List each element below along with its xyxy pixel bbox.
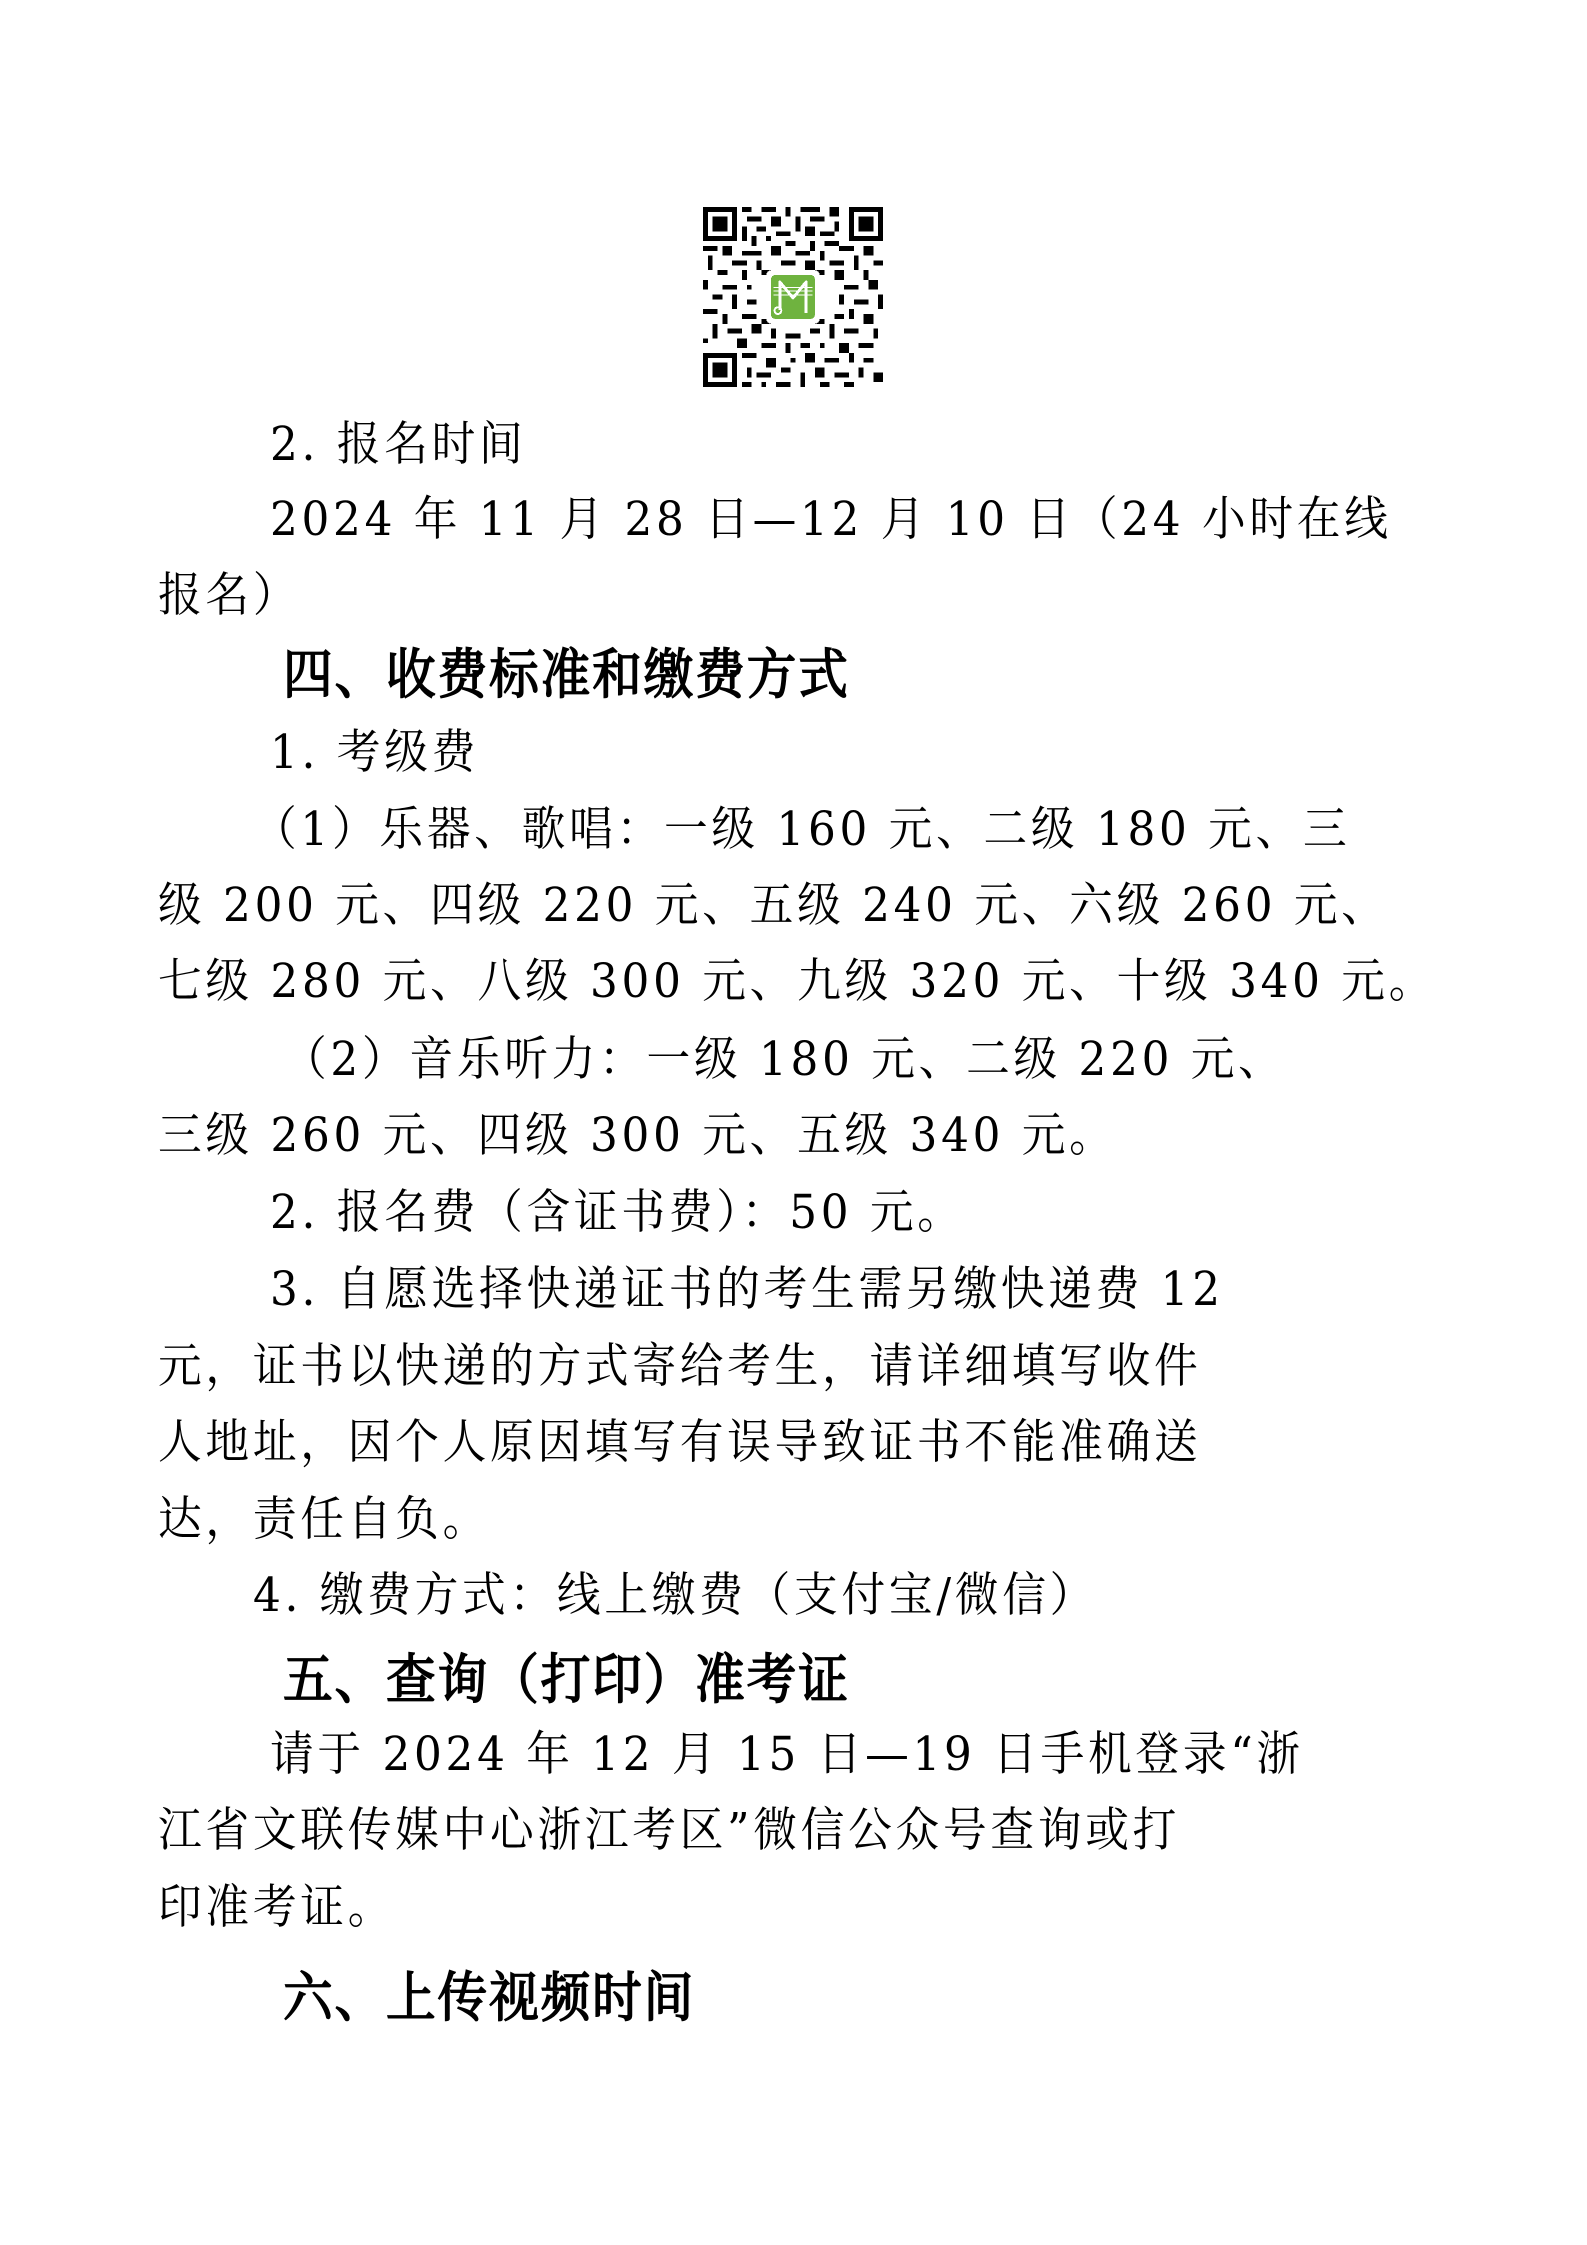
payment-method: 4. 缴费方式：线上缴费（支付宝/微信） bbox=[253, 1566, 1443, 1626]
express-fee-line-3: 人地址，因个人原因填写有误导致证书不能准确送 bbox=[158, 1413, 1348, 1473]
instrument-vocal-fee-line-2: 级 200 元、四级 220 元、五级 240 元、六级 260 元、 bbox=[158, 876, 1348, 936]
qr-code-icon bbox=[703, 207, 883, 387]
section-4-heading: 四、收费标准和缴费方式 bbox=[283, 642, 850, 708]
express-fee-line-1: 3. 自愿选择快递证书的考生需另缴快递费 12 bbox=[270, 1260, 1460, 1320]
instrument-vocal-fee-line-1: （1）乐器、歌唱：一级 160 元、二级 180 元、三 bbox=[253, 800, 1443, 860]
instrument-vocal-fee-line-3: 七级 280 元、八级 300 元、九级 320 元、十级 340 元。 bbox=[158, 952, 1348, 1012]
express-fee-line-2: 元，证书以快递的方式寄给考生，请详细填写收件 bbox=[158, 1337, 1348, 1397]
registration-time-label: 2. 报名时间 bbox=[270, 415, 1460, 475]
registration-time-line-1: 2024 年 11 月 28 日—12 月 10 日（24 小时在线 bbox=[270, 490, 1460, 550]
admission-ticket-line-1: 请于 2024 年 12 月 15 日—19 日手机登录“浙 bbox=[270, 1725, 1460, 1785]
section-5-heading: 五、查询（打印）准考证 bbox=[283, 1647, 850, 1713]
music-listening-fee-line-2: 三级 260 元、四级 300 元、五级 340 元。 bbox=[158, 1106, 1348, 1166]
registration-time-line-2: 报名） bbox=[158, 566, 1348, 626]
admission-ticket-line-3: 印准考证。 bbox=[158, 1878, 1348, 1938]
express-fee-line-4: 达，责任自负。 bbox=[158, 1490, 1348, 1550]
exam-fee-label: 1. 考级费 bbox=[270, 723, 1460, 783]
music-listening-fee-line-1: （2）音乐听力：一级 180 元、二级 220 元、 bbox=[283, 1030, 1473, 1090]
registration-fee: 2. 报名费（含证书费）：50 元。 bbox=[270, 1183, 1460, 1243]
section-6-heading: 六、上传视频时间 bbox=[283, 1965, 695, 2031]
admission-ticket-line-2: 江省文联传媒中心浙江考区”微信公众号查询或打 bbox=[158, 1801, 1348, 1861]
document-page: 2. 报名时间 2024 年 11 月 28 日—12 月 10 日（24 小时… bbox=[0, 0, 1587, 2245]
